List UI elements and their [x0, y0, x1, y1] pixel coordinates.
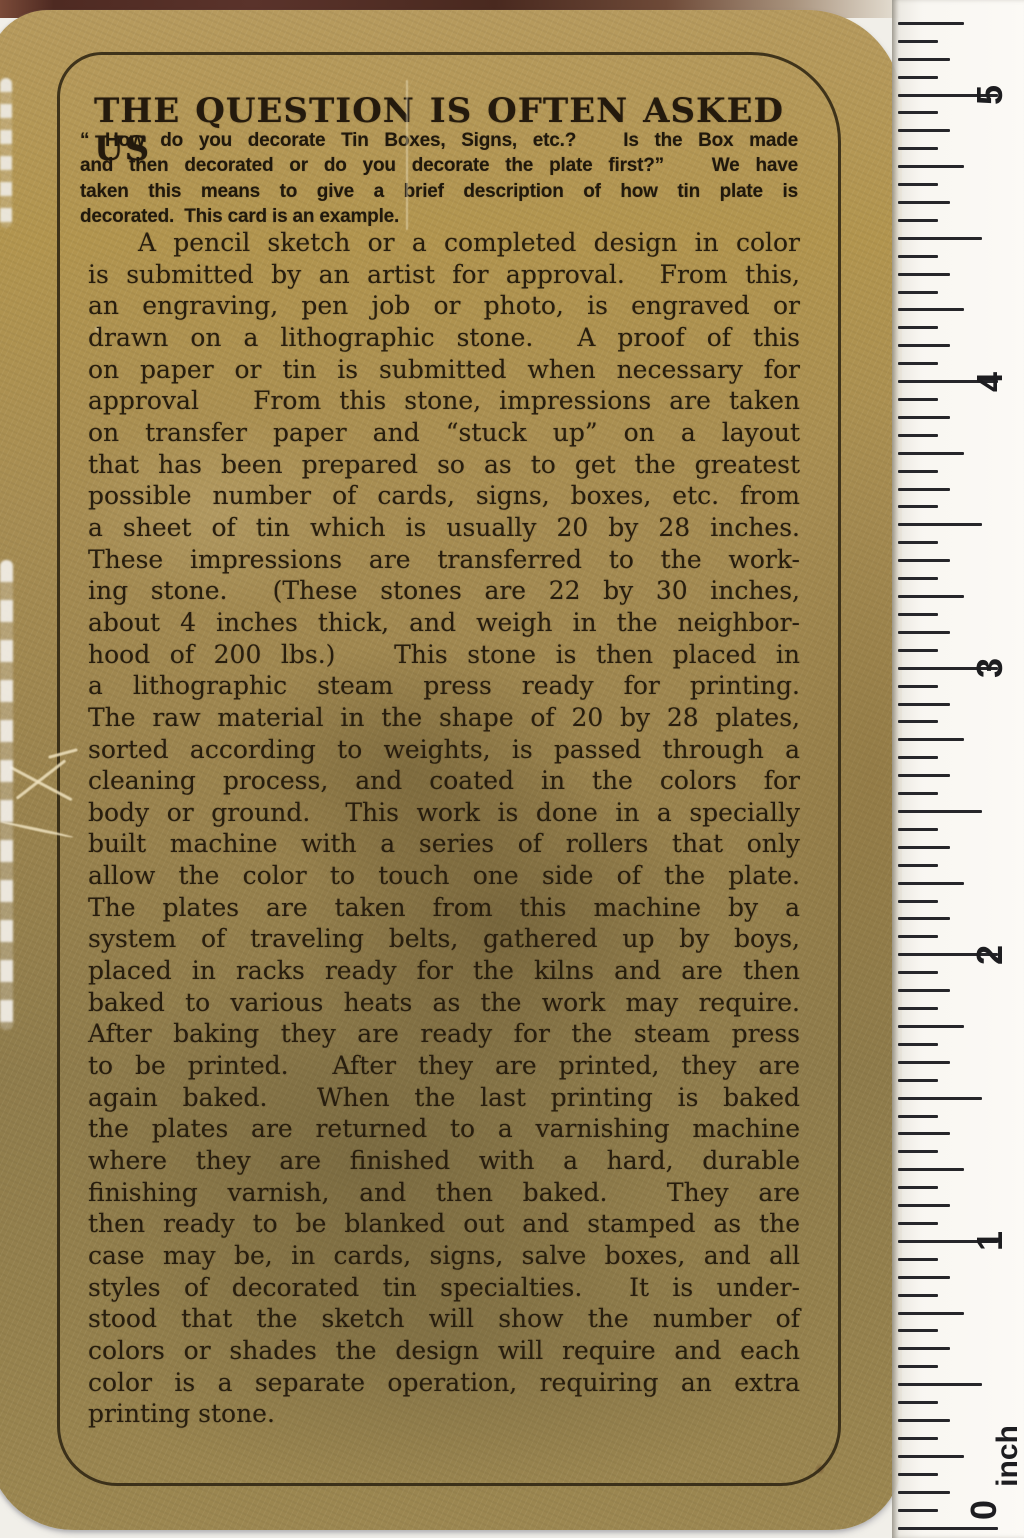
ruler-tick [898, 595, 964, 598]
ruler-tick [898, 1347, 950, 1350]
ruler-tick [898, 523, 982, 526]
ruler-tick [898, 76, 938, 79]
ruler-tick [898, 882, 964, 885]
ruler-tick [898, 846, 950, 849]
ruler-tick [898, 219, 938, 222]
ruler-tick [898, 452, 964, 455]
photo-scene: THE QUESTION IS OFTEN ASKED US “ How do … [0, 0, 1024, 1538]
ruler-zero-label: 0 [963, 1500, 1005, 1520]
text-line: The plates are taken from this machine b… [88, 892, 800, 924]
text-line: to be printed. After they are printed, t… [88, 1050, 800, 1082]
ruler-tick [898, 505, 938, 508]
text-line: drawn on a lithographic stone. A proof o… [88, 322, 800, 354]
ruler-tick [898, 1168, 964, 1171]
ruler-tick [898, 900, 938, 903]
ruler-tick [898, 344, 950, 347]
ruler-tick [898, 1365, 938, 1368]
text-line: the plates are returned to a varnishing … [88, 1113, 800, 1145]
ruler-tick [898, 1509, 938, 1512]
ruler-unit-label: inch [991, 1425, 1024, 1487]
text-line: and then decorated or do you decorate th… [80, 153, 798, 178]
text-line: allow the color to touch one side of the… [88, 860, 800, 892]
ruler-tick [898, 416, 950, 419]
ruler-tick [898, 613, 938, 616]
text-line: styles of decorated tin specialties. It … [88, 1272, 800, 1304]
ruler-tick [898, 1186, 938, 1189]
ruler-tick [898, 201, 950, 204]
ruler-tick [898, 434, 938, 437]
ruler-tick [898, 1329, 938, 1332]
ruler-tick [898, 1132, 950, 1135]
ruler-tick [898, 917, 950, 920]
ruler-tick [898, 273, 950, 276]
ruler-tick [898, 1455, 964, 1458]
text-line: case may be, in cards, signs, salve boxe… [88, 1240, 800, 1272]
ruler-tick [898, 703, 950, 706]
text-line: a sheet of tin which is usually 20 by 28… [88, 512, 800, 544]
ruler-tick [898, 559, 950, 562]
ruler-tick [898, 577, 938, 580]
ruler-tick [898, 792, 938, 795]
ruler-tick [898, 398, 938, 401]
ruler-tick [898, 810, 982, 813]
ruler-tick [898, 828, 938, 831]
ruler-number-label: 3 [969, 658, 1011, 678]
ruler-tick [898, 1204, 950, 1207]
text-line: sorted according to weights, is passed t… [88, 734, 800, 766]
ruler-tick [898, 1043, 938, 1046]
text-line: placed in racks ready for the kilns and … [88, 955, 800, 987]
text-line: system of traveling belts, gathered up b… [88, 923, 800, 955]
text-line: taken this means to give a brief descrip… [80, 179, 798, 204]
ruler-tick [898, 756, 938, 759]
text-line: ing stone. (These stones are 22 by 30 in… [88, 575, 800, 607]
ruler: 123450inch [892, 0, 1024, 1538]
text-line: approval From this stone, impressions ar… [88, 385, 800, 417]
text-line: cleaning process, and coated in the colo… [88, 765, 800, 797]
text-line: After baking they are ready for the stea… [88, 1018, 800, 1050]
ruler-tick [898, 22, 964, 25]
ruler-tick [898, 1007, 938, 1010]
worn-edge [0, 78, 12, 228]
ruler-tick [898, 685, 938, 688]
ruler-tick [898, 738, 964, 741]
ruler-tick [898, 1115, 938, 1118]
text-line: baked to various heats as the work may r… [88, 987, 800, 1019]
ruler-tick [898, 1473, 938, 1476]
text-line: finishing varnish, and then baked. They … [88, 1177, 800, 1209]
ruler-tick [898, 1097, 982, 1100]
ruler-tick [898, 40, 938, 43]
text-line: about 4 inches thick, and weigh in the n… [88, 607, 800, 639]
ruler-tick [898, 720, 938, 723]
text-line: stood that the sketch will show the numb… [88, 1303, 800, 1335]
text-line: is submitted by an artist for approval. … [88, 259, 800, 291]
tin-card: THE QUESTION IS OFTEN ASKED US “ How do … [0, 10, 902, 1530]
text-line: then ready to be blanked out and stamped… [88, 1208, 800, 1240]
ruler-number-label: 1 [969, 1231, 1011, 1251]
ruler-tick [898, 1419, 950, 1422]
text-line: printing stone. [88, 1398, 800, 1430]
ruler-tick [898, 774, 950, 777]
ruler-tick [898, 1491, 950, 1494]
ruler-tick [898, 255, 938, 258]
ruler-tick [898, 989, 950, 992]
ruler-tick [898, 129, 950, 132]
ruler-tick [898, 541, 938, 544]
ruler-tick [898, 362, 938, 365]
ruler-tick [898, 147, 938, 150]
text-line: hood of 200 lbs.) This stone is then pla… [88, 639, 800, 671]
worn-edge [0, 560, 13, 1030]
ruler-tick [898, 649, 938, 652]
ruler-tick [898, 291, 938, 294]
text-line: a lithographic steam press ready for pri… [88, 670, 800, 702]
text-line: body or ground. This work is done in a s… [88, 797, 800, 829]
text-line: colors or shades the design will require… [88, 1335, 800, 1367]
ruler-tick [898, 1437, 938, 1440]
ruler-tick [898, 1383, 982, 1386]
card-intro-paragraph: “ How do you decorate Tin Boxes, Signs, … [80, 128, 798, 230]
ruler-tick [898, 308, 964, 311]
ruler-number-label: 2 [969, 945, 1011, 965]
text-line: that has been prepared so as to get the … [88, 449, 800, 481]
ruler-tick [898, 1150, 938, 1153]
text-line: The raw material in the shape of 20 by 2… [88, 702, 800, 734]
ruler-tick [898, 1401, 938, 1404]
ruler-tick [898, 1258, 938, 1261]
text-line: again baked. When the last printing is b… [88, 1082, 800, 1114]
text-line: These impressions are transferred to the… [88, 544, 800, 576]
text-line: possible number of cards, signs, boxes, … [88, 480, 800, 512]
ruler-tick [898, 470, 938, 473]
text-line: decorated. This card is an example. [80, 204, 798, 229]
ruler-tick [898, 111, 938, 114]
text-line: on transfer paper and “stuck up” on a la… [88, 417, 800, 449]
text-line: built machine with a series of rollers t… [88, 828, 800, 860]
ruler-tick [898, 326, 938, 329]
text-line: an engraving, pen job or photo, is engra… [88, 290, 800, 322]
ruler-tick [898, 864, 938, 867]
scratch-mark [406, 80, 408, 230]
text-line: where they are finished with a hard, dur… [88, 1145, 800, 1177]
ruler-tick [898, 1025, 964, 1028]
ruler-tick [898, 1294, 938, 1297]
ruler-tick [898, 1079, 938, 1082]
text-line: on paper or tin is submitted when necess… [88, 354, 800, 386]
ruler-number-label: 4 [969, 372, 1011, 392]
ruler-tick [898, 1061, 950, 1064]
ruler-tick [898, 1276, 950, 1279]
ruler-tick [898, 488, 950, 491]
text-line: color is a separate operation, requiring… [88, 1367, 800, 1399]
ruler-tick [898, 1222, 938, 1225]
ruler-tick [898, 971, 938, 974]
ruler-tick [898, 935, 938, 938]
ruler-tick [898, 1312, 964, 1315]
ruler-tick [898, 165, 964, 168]
ruler-tick [898, 237, 982, 240]
ruler-tick [898, 1527, 998, 1530]
ruler-tick [898, 58, 950, 61]
card-body-paragraph: A pencil sketch or a completed design in… [88, 227, 800, 1430]
ruler-tick [898, 631, 950, 634]
text-line: A pencil sketch or a completed design in… [88, 227, 800, 259]
ruler-tick [898, 183, 938, 186]
ruler-number-label: 5 [969, 85, 1011, 105]
text-line: “ How do you decorate Tin Boxes, Signs, … [80, 128, 798, 153]
